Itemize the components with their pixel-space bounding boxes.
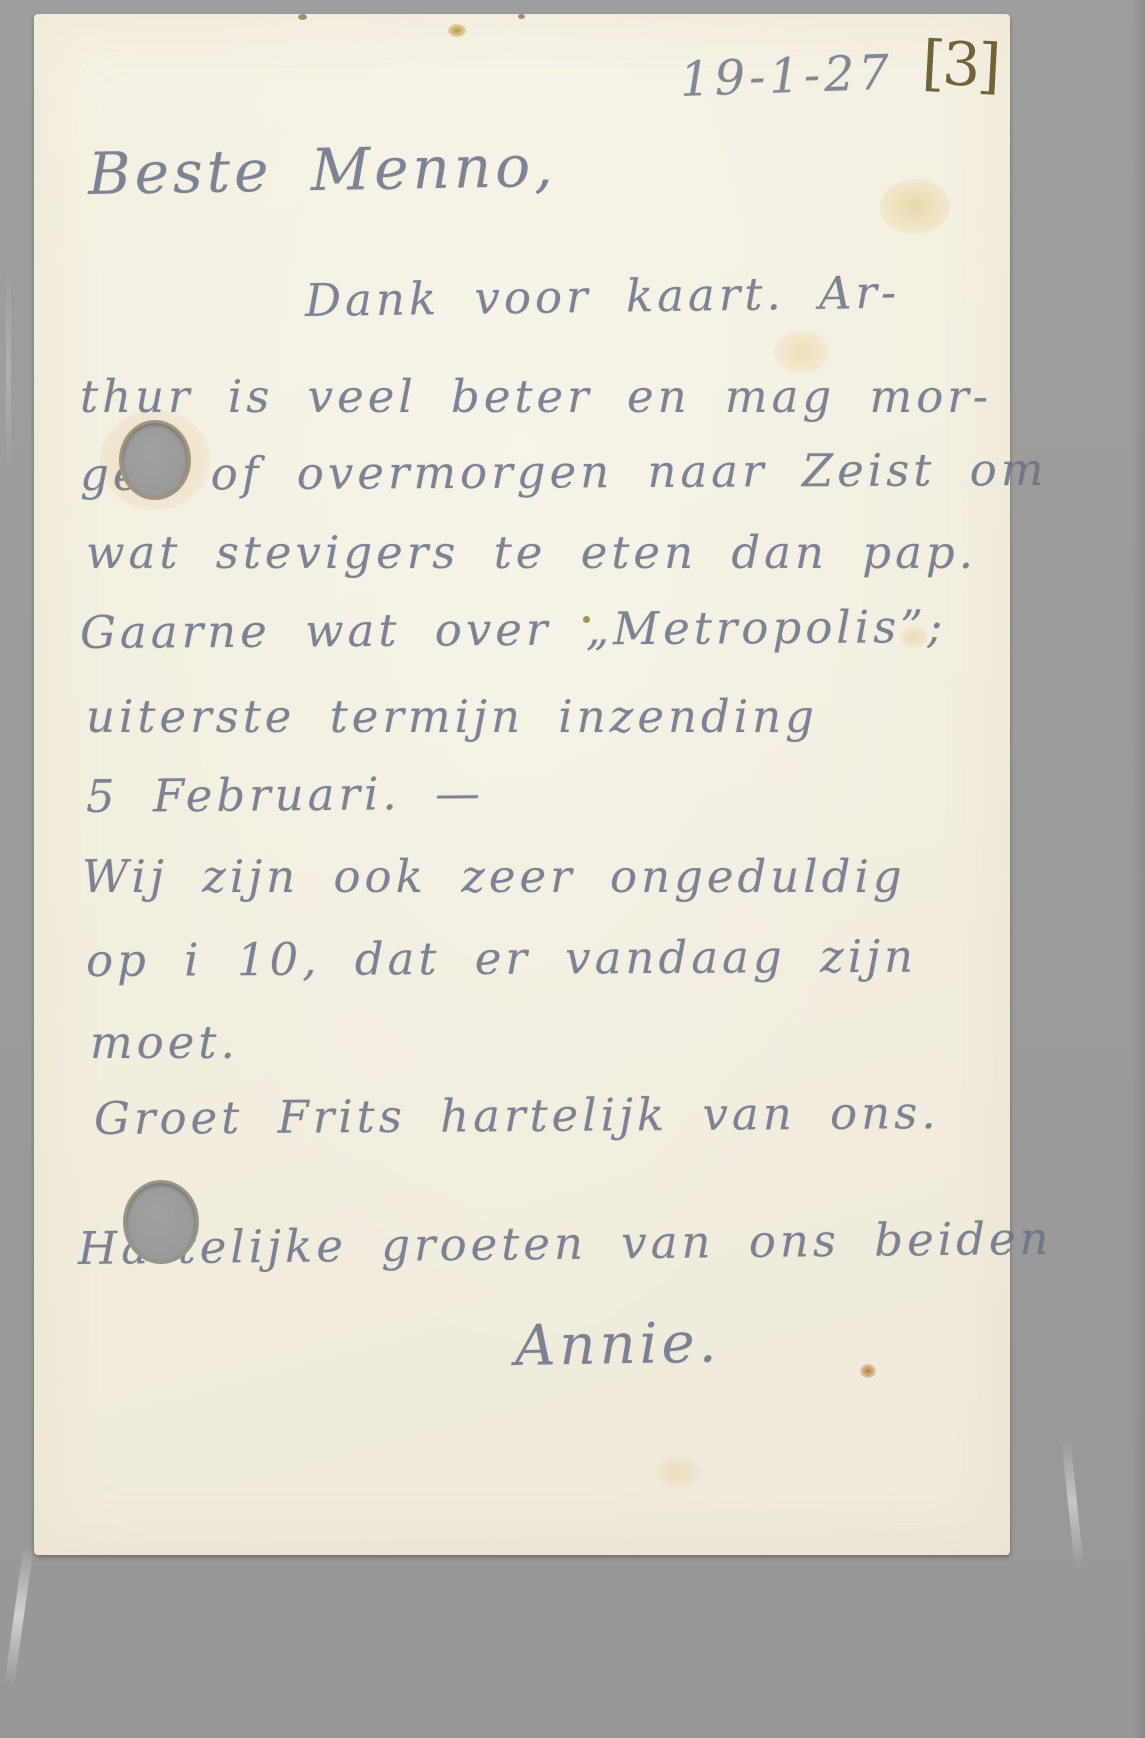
- handwriting-line: Wij zijn ook zeer ongeduldig: [82, 850, 906, 903]
- scan-background: 19-1-27 [3] Beste Menno, Dank voor kaart…: [0, 0, 1145, 1738]
- letter-paper: 19-1-27 [3] Beste Menno, Dank voor kaart…: [34, 14, 1010, 1555]
- handwriting-line: Hartelijke groeten van ons beiden: [78, 1212, 1053, 1275]
- signature-line: Annie.: [514, 1310, 721, 1379]
- scanner-scratch: [1061, 1438, 1084, 1568]
- foxing-stain: [860, 1364, 876, 1378]
- foxing-stain: [880, 179, 950, 234]
- archive-number-annotation: [3]: [920, 28, 1000, 102]
- handwriting-line: Dank voor kaart. Ar-: [305, 266, 901, 327]
- handwriting-line: uiterste termijn inzending: [86, 690, 818, 743]
- foxing-stain: [448, 24, 466, 37]
- handwriting-line: Gaarne wat over „Metropolis”;: [80, 600, 947, 659]
- edge-speck: [298, 14, 307, 20]
- scanner-scratch: [6, 270, 11, 470]
- foxing-stain: [774, 330, 830, 374]
- punch-hole-bottom: [123, 1180, 199, 1264]
- handwriting-line: moet.: [90, 1016, 239, 1069]
- date-annotation: 19-1-27: [679, 45, 894, 108]
- foxing-stain: [656, 1456, 700, 1488]
- handwriting-line: 5 Februari. —: [86, 767, 484, 823]
- edge-speck: [518, 14, 525, 19]
- handwriting-line: op i 10, dat er vandaag zijn: [86, 930, 917, 987]
- scanner-scratch: [4, 1545, 33, 1685]
- handwriting-line: gen of overmorgen naar Zeist om: [80, 443, 1048, 501]
- salutation-line: Beste Menno,: [87, 132, 557, 208]
- handwriting-line: Groet Frits hartelijk van ons.: [94, 1086, 940, 1145]
- handwriting-line: wat stevigers te eten dan pap.: [86, 526, 977, 579]
- punch-hole-top: [119, 420, 191, 500]
- handwriting-line: thur is veel beter en mag mor-: [80, 370, 992, 423]
